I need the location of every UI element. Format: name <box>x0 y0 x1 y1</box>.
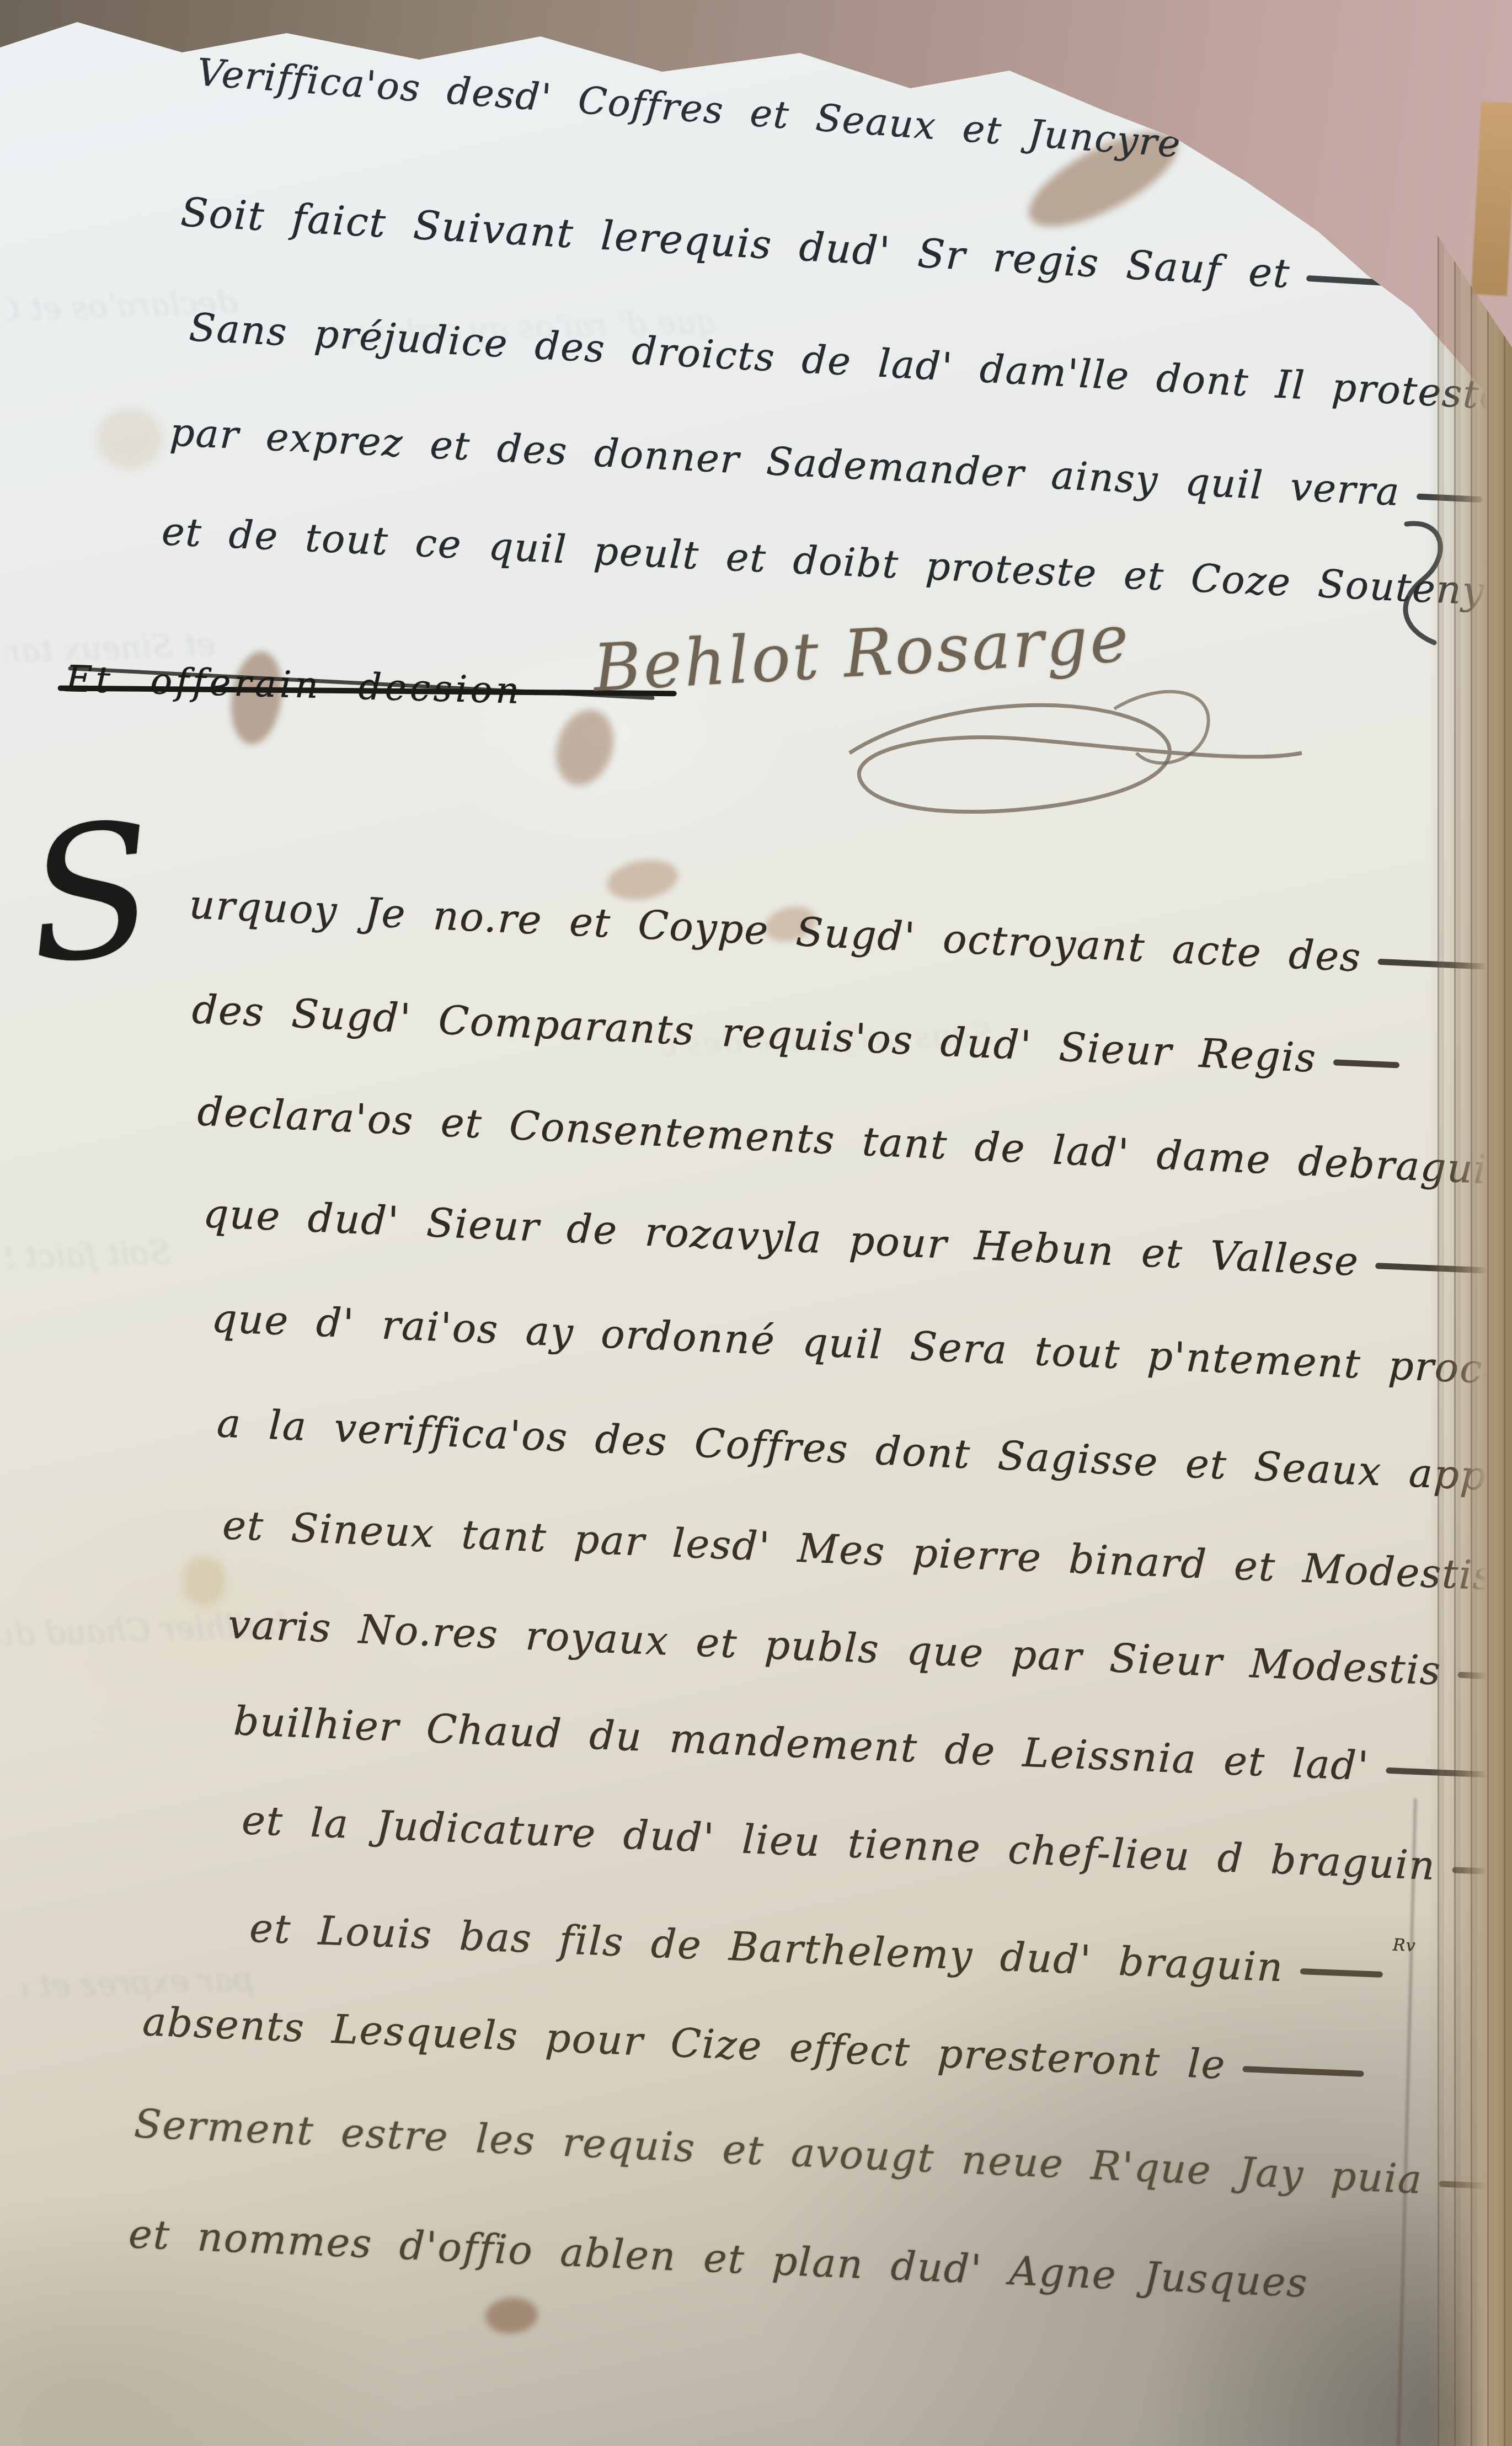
text-line: et de tout ce quil peult et doibt protes… <box>161 510 1486 613</box>
paper-stain <box>182 1556 226 1605</box>
text-line: et nommes d'offio ablen et plan dud' Agn… <box>128 2212 1309 2305</box>
drop-cap-initial: S <box>21 798 161 990</box>
ink-stain <box>604 855 681 905</box>
line-filler-dash <box>1300 1968 1383 1978</box>
text-line: Soit faict Suivant lerequis dud' Sr regi… <box>180 190 1402 302</box>
text-line: et Sineux tant par lesd' Mes pierre bina… <box>222 1503 1512 1602</box>
text-line: et Louis bas fils de Barthelemy dud' bra… <box>249 1892 1416 1995</box>
text-line: builhier Chaud du mandement de Leissnia … <box>233 1699 1497 1793</box>
paper-stain <box>97 408 163 469</box>
text-line: urquoy Je no.re et Coype Sugd' octroyant… <box>188 883 1512 987</box>
signature-flourish <box>827 687 1324 863</box>
struck-text-line: Et offerain decsion <box>65 659 523 711</box>
text-line: varis No.res royaux et publs que par Sie… <box>227 1603 1512 1696</box>
text-line: et la Judicature dud' lieu tienne chef-l… <box>241 1798 1512 1892</box>
text-line: des Sugd' Comparants requis'os dud' Sieu… <box>191 987 1401 1084</box>
text-line: par exprez et des donner Sademander ains… <box>169 411 1484 517</box>
ink-stain <box>484 2295 539 2336</box>
manuscript-page: declara'os et Consentements tant de lad'… <box>0 0 1512 2446</box>
text-line: Serment estre les requis et avougt neue … <box>133 2102 1490 2204</box>
text-line: que dud' Sieur de rozavyla pour Hebun et… <box>202 1192 1498 1289</box>
line-filler-dash <box>1333 1059 1399 1068</box>
text-line: declara'os et Consentements tant de lad'… <box>196 1090 1512 1198</box>
manuscript-photo: declara'os et Consentements tant de lad'… <box>0 0 1512 2446</box>
text-line: a la veriffica'os des Coffres dont Sagis… <box>216 1401 1512 1506</box>
bleed-through-text: Soit faict Suivant lerequis dud' Sr regi… <box>5 1233 172 1276</box>
text-line: Sans préjudice des droicts de lad' dam'l… <box>188 306 1512 423</box>
bleed-through-text: par exprez et des donner Sademander ains… <box>22 1960 254 2006</box>
text-line: absents Lesquels pour Cize effect preste… <box>142 2000 1365 2092</box>
ink-stain <box>547 702 623 793</box>
text-line: que d' rai'os ay ordonné quil Sera tout … <box>211 1296 1512 1400</box>
line-filler-dash <box>1242 2066 1364 2077</box>
book-page-edges <box>1428 221 1512 2446</box>
